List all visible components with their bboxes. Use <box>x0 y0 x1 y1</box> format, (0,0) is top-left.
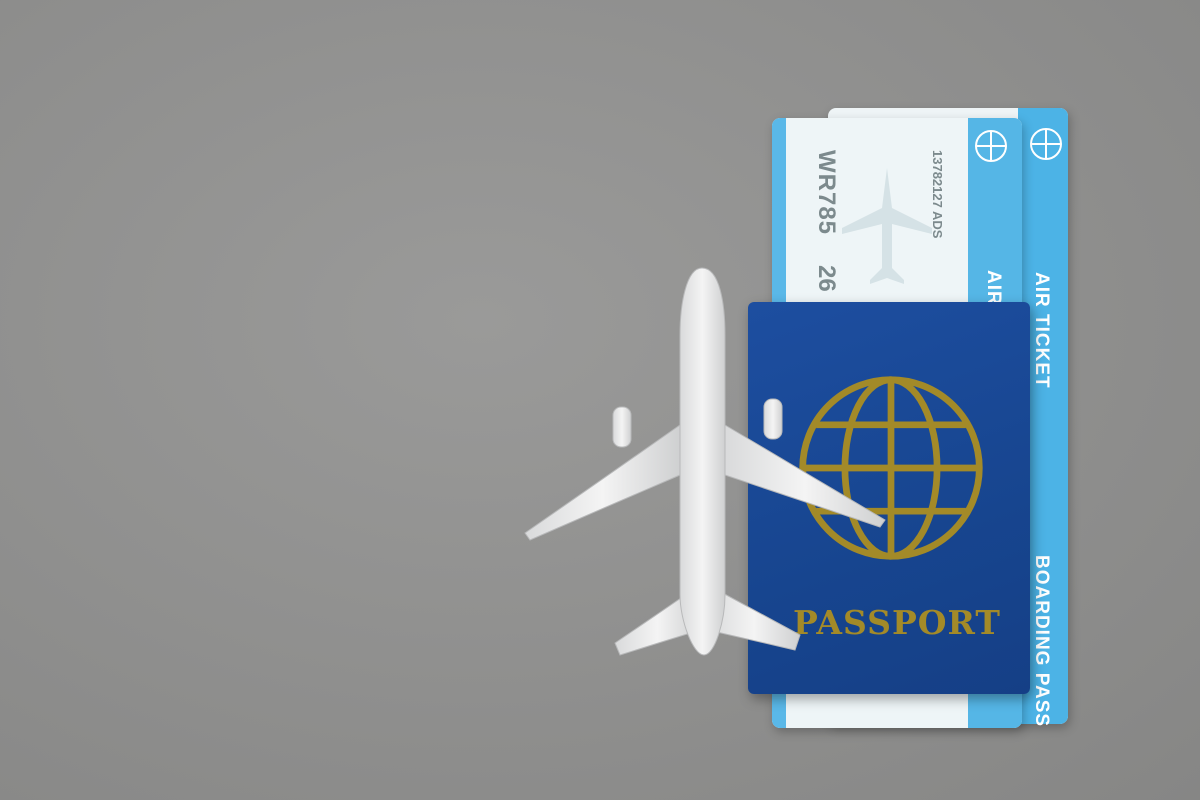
toy-airplane <box>520 265 890 660</box>
photo-scene: AIR TICKET BOARDING PASS WR785 26 137821… <box>0 0 1200 800</box>
air-label: AIR <box>982 270 1004 306</box>
boarding-pass-label: BOARDING PASS <box>1030 555 1052 727</box>
flight-number: WR785 <box>812 150 840 235</box>
air-ticket-label: AIR TICKET <box>1030 272 1052 389</box>
globe-icon <box>1030 128 1062 160</box>
ticket-number: 13782127 ADS <box>930 150 945 238</box>
globe-icon <box>975 130 1007 162</box>
